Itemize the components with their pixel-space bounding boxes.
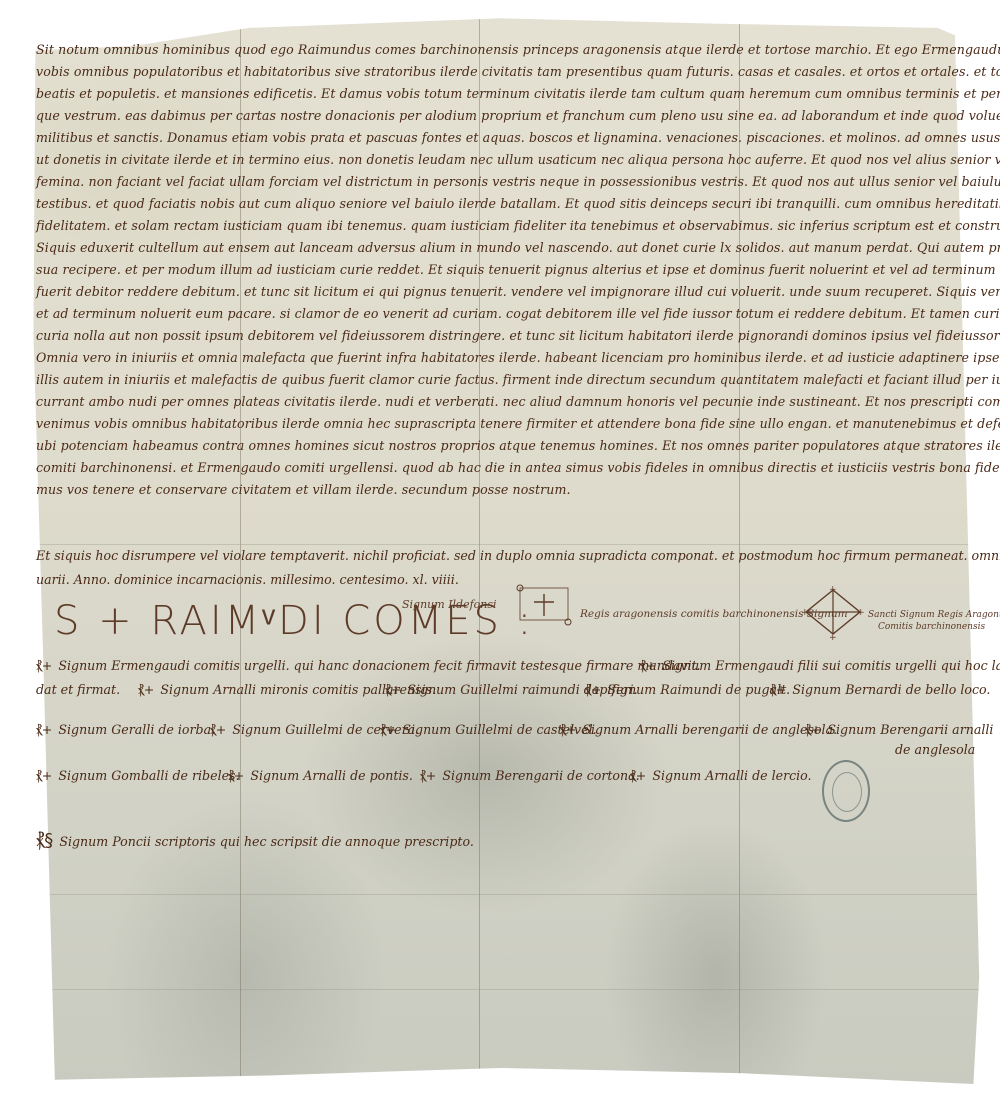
signum-cross-icon: ⳩+ bbox=[640, 658, 656, 674]
signum-cross-icon: ⳩+ bbox=[36, 658, 52, 674]
body-line: ut donetis in civitate ilerde et in term… bbox=[36, 152, 1000, 167]
body-line: fidelitatem. et solam rectam iusticiam q… bbox=[36, 218, 1000, 233]
stamp-inner-ring bbox=[832, 772, 862, 812]
svg-text:+: + bbox=[801, 608, 809, 618]
signum-cross-icon: ⳩+ bbox=[380, 722, 396, 738]
witness-signature: ⳩+Signum Arnalli berengarii de anglesola… bbox=[560, 722, 837, 738]
body-line: sua recipere. et per modum illum ad iust… bbox=[36, 262, 1000, 277]
royal-signum-diamond-icon: + + + + bbox=[800, 584, 866, 640]
witness-signature: ⳩+Signum Berengarii de cortona. bbox=[420, 768, 640, 784]
witness-signature: ⳩+Signum Ermengaudi comitis urgelli. qui… bbox=[36, 658, 701, 674]
dating-clause: uarii. Anno. dominice incarnacionis. mil… bbox=[36, 572, 459, 587]
scribe-signum-icon: ⳩§ bbox=[36, 830, 53, 851]
witness-signature: ⳩+Signum Arnalli de pontis. bbox=[228, 768, 413, 784]
witness-signature: ⳩+Signum Arnalli de lercio. bbox=[630, 768, 812, 784]
fold-line bbox=[16, 989, 986, 990]
body-line: currant ambo nudi per omnes plateas civi… bbox=[36, 394, 1000, 409]
signum-cross-icon: ⳩+ bbox=[210, 722, 226, 738]
witness-signature: ⳩+Signum Gomballi de ribeles. bbox=[36, 768, 240, 784]
signum-label: Comitis barchinonensis bbox=[878, 622, 985, 632]
body-line: Siquis eduxerit cultellum aut ensem aut … bbox=[36, 240, 1000, 255]
signum-cross-icon: ⳩+ bbox=[420, 768, 436, 784]
body-line: Sit notum omnibus hominibus quod ego Rai… bbox=[36, 42, 1000, 57]
signum-label: Sancti Signum Regis Aragonum bbox=[868, 610, 1000, 620]
body-line: curia nolla aut non possit ipsum debitor… bbox=[36, 328, 1000, 343]
body-line: que vestrum. eas dabimus per cartas nost… bbox=[36, 108, 1000, 123]
body-line: Omnia vero in iniuriis et omnia malefact… bbox=[36, 350, 1000, 365]
witness-signature: ⳩+Signum Geralli de iorba. bbox=[36, 722, 215, 738]
body-line: fuerit debitor reddere debitum. et tunc … bbox=[36, 284, 1000, 299]
witness-signature: ⳩+Signum Berengarii arnalli bbox=[805, 722, 993, 738]
fold-line bbox=[16, 544, 986, 545]
signum-cross-icon: ⳩+ bbox=[585, 682, 601, 698]
body-line: vobis omnibus populatoribus et habitator… bbox=[36, 64, 1000, 79]
body-line: testibus. et quod faciatis nobis aut cum… bbox=[36, 196, 1000, 211]
signum-cross-icon: ⳩+ bbox=[560, 722, 576, 738]
signum-cross-icon: ⳩+ bbox=[805, 722, 821, 738]
witness-signature: dat et firmat. bbox=[36, 682, 120, 697]
body-line: ubi potenciam habeamus contra omnes homi… bbox=[36, 438, 1000, 453]
signum-cross-icon: ⳩+ bbox=[36, 768, 52, 784]
svg-text:+: + bbox=[829, 633, 837, 640]
signum-cross-icon: ⳩+ bbox=[138, 682, 154, 698]
sanction-clause: Et siquis hoc disrumpere vel violare tem… bbox=[36, 548, 1000, 563]
signum-cross-icon: ⳩+ bbox=[228, 768, 244, 784]
body-line: beatis et populetis. et mansiones edific… bbox=[36, 86, 1000, 101]
witness-signature: ⳩+Signum Ermengaudi filii sui comitis ur… bbox=[640, 658, 1000, 674]
fold-line bbox=[16, 894, 986, 895]
body-line: militibus et sanctis. Donamus etiam vobi… bbox=[36, 130, 1000, 145]
body-line: et ad terminum noluerit eum pacare. si c… bbox=[36, 306, 1000, 321]
body-line: comiti barchinonensi. et Ermengaudo comi… bbox=[36, 460, 1000, 475]
witness-signature: de anglesola bbox=[895, 742, 975, 757]
signum-label: Signum Ildefonsi bbox=[402, 598, 497, 611]
witness-signature: ⳩+Signum Raimundi de pugalt. bbox=[585, 682, 790, 698]
body-line: mus vos tenere et conservare civitatem e… bbox=[36, 482, 571, 497]
signum-cross-icon: ⳩+ bbox=[630, 768, 646, 784]
library-stamp bbox=[822, 760, 870, 822]
signum-cross-icon: ⳩+ bbox=[770, 682, 786, 698]
signum-cross-icon: ⳩+ bbox=[385, 682, 401, 698]
body-line: venimus vobis omnibus habitatoribus iler… bbox=[36, 416, 1000, 431]
body-line: illis autem in iniuriis et malefactis de… bbox=[36, 372, 1000, 387]
body-line: femina. non faciant vel faciat ullam for… bbox=[36, 174, 1000, 189]
svg-text:+: + bbox=[829, 585, 837, 595]
witness-signature: ⳩+Signum Bernardi de bello loco. bbox=[770, 682, 990, 698]
royal-signum-box-icon bbox=[514, 582, 574, 630]
signum-cross-icon: ⳩+ bbox=[36, 722, 52, 738]
svg-text:+: + bbox=[857, 608, 865, 618]
scribe-signature: ⳩§Signum Poncii scriptoris qui hec scrip… bbox=[36, 830, 474, 851]
